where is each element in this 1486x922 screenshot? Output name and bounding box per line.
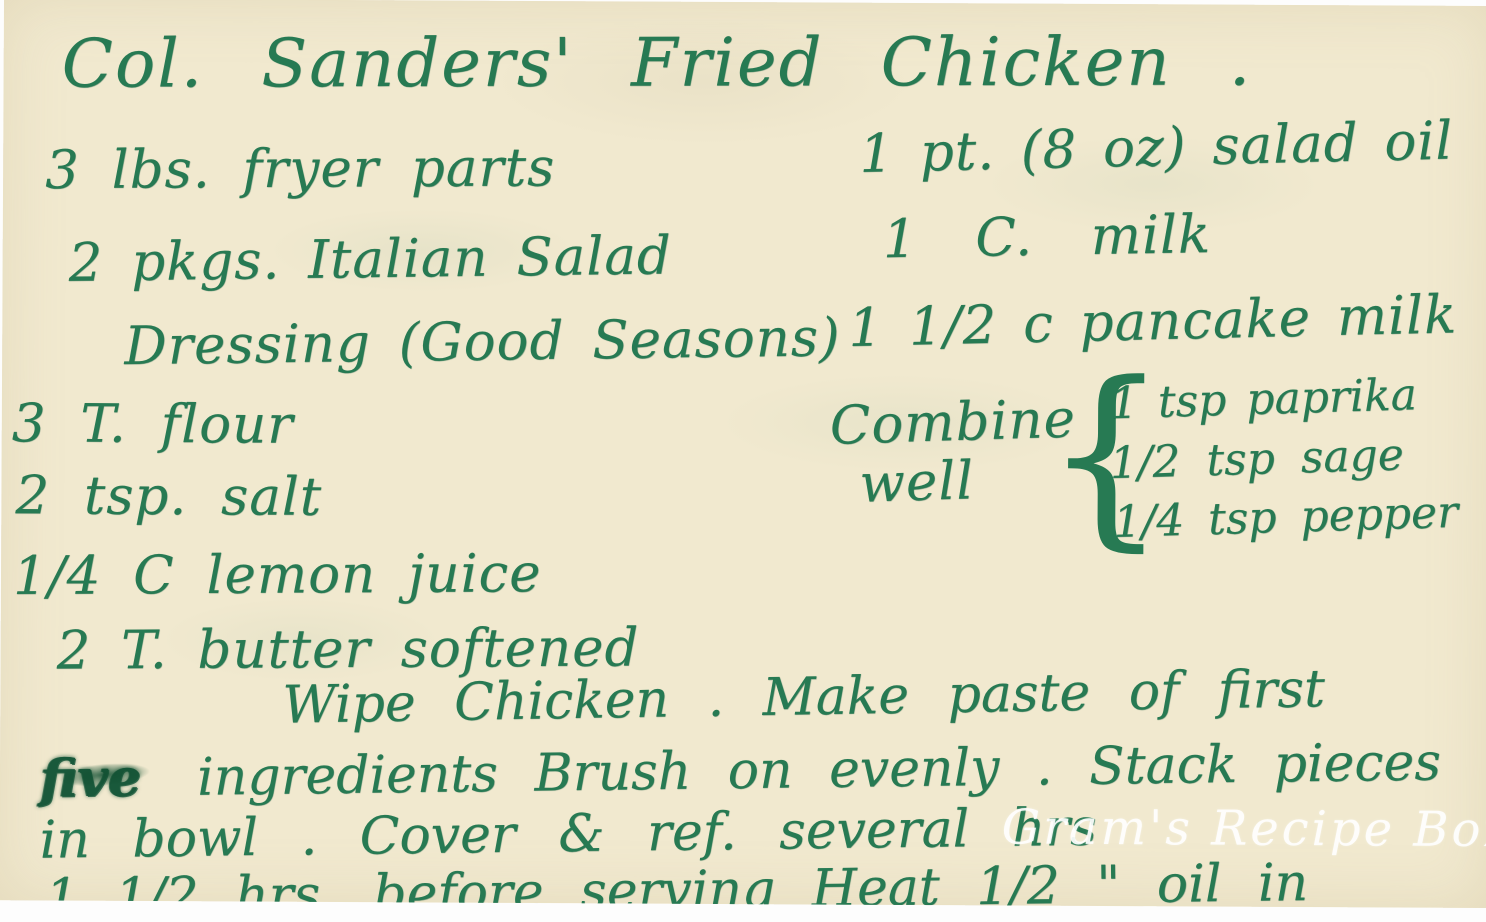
instruction-line-1: Wipe Chicken . Make paste of first	[282, 662, 1325, 733]
combine-label-line2: well	[859, 453, 975, 512]
watermark-text: Gram's Recipe Box	[1002, 799, 1486, 858]
ingredient-lemon-juice: 1/4 C lemon juice	[13, 546, 542, 604]
recipe-title: Col. Sanders' Fried Chicken .	[62, 27, 1253, 99]
recipe-card: Col. Sanders' Fried Chicken . 3 lbs. fry…	[0, 0, 1486, 908]
combine-item-paprika: 1 tsp paprika	[1109, 372, 1417, 427]
combine-label-line1: Combine	[829, 392, 1077, 455]
ingredient-italian-salad: 2 pkgs. Italian Salad	[68, 228, 672, 291]
instruction-line-2-rest: ingredients Brush on evenly . Stack piec…	[141, 733, 1442, 809]
instruction-line-2: fiveingredients Brush on evenly . Stack …	[40, 736, 1442, 808]
ingredient-dressing-good-seasons: Dressing (Good Seasons)	[124, 310, 841, 374]
ingredient-salad-oil: 1 pt. (8 oz) salad oil	[859, 114, 1454, 183]
scanned-recipe-photo: Col. Sanders' Fried Chicken . 3 lbs. fry…	[0, 0, 1486, 922]
ingredient-fryer-parts: 3 lbs. fryer parts	[45, 140, 555, 198]
crossed-out-word: five	[40, 747, 142, 809]
ingredient-salt: 2 tsp. salt	[15, 468, 322, 525]
combine-item-pepper: 1/4 tsp pepper	[1113, 490, 1459, 546]
ingredient-milk: 1 C. milk	[882, 207, 1211, 268]
ingredient-flour: 3 T. flour	[12, 396, 294, 453]
combine-item-sage: 1/2 tsp sage	[1109, 432, 1404, 487]
